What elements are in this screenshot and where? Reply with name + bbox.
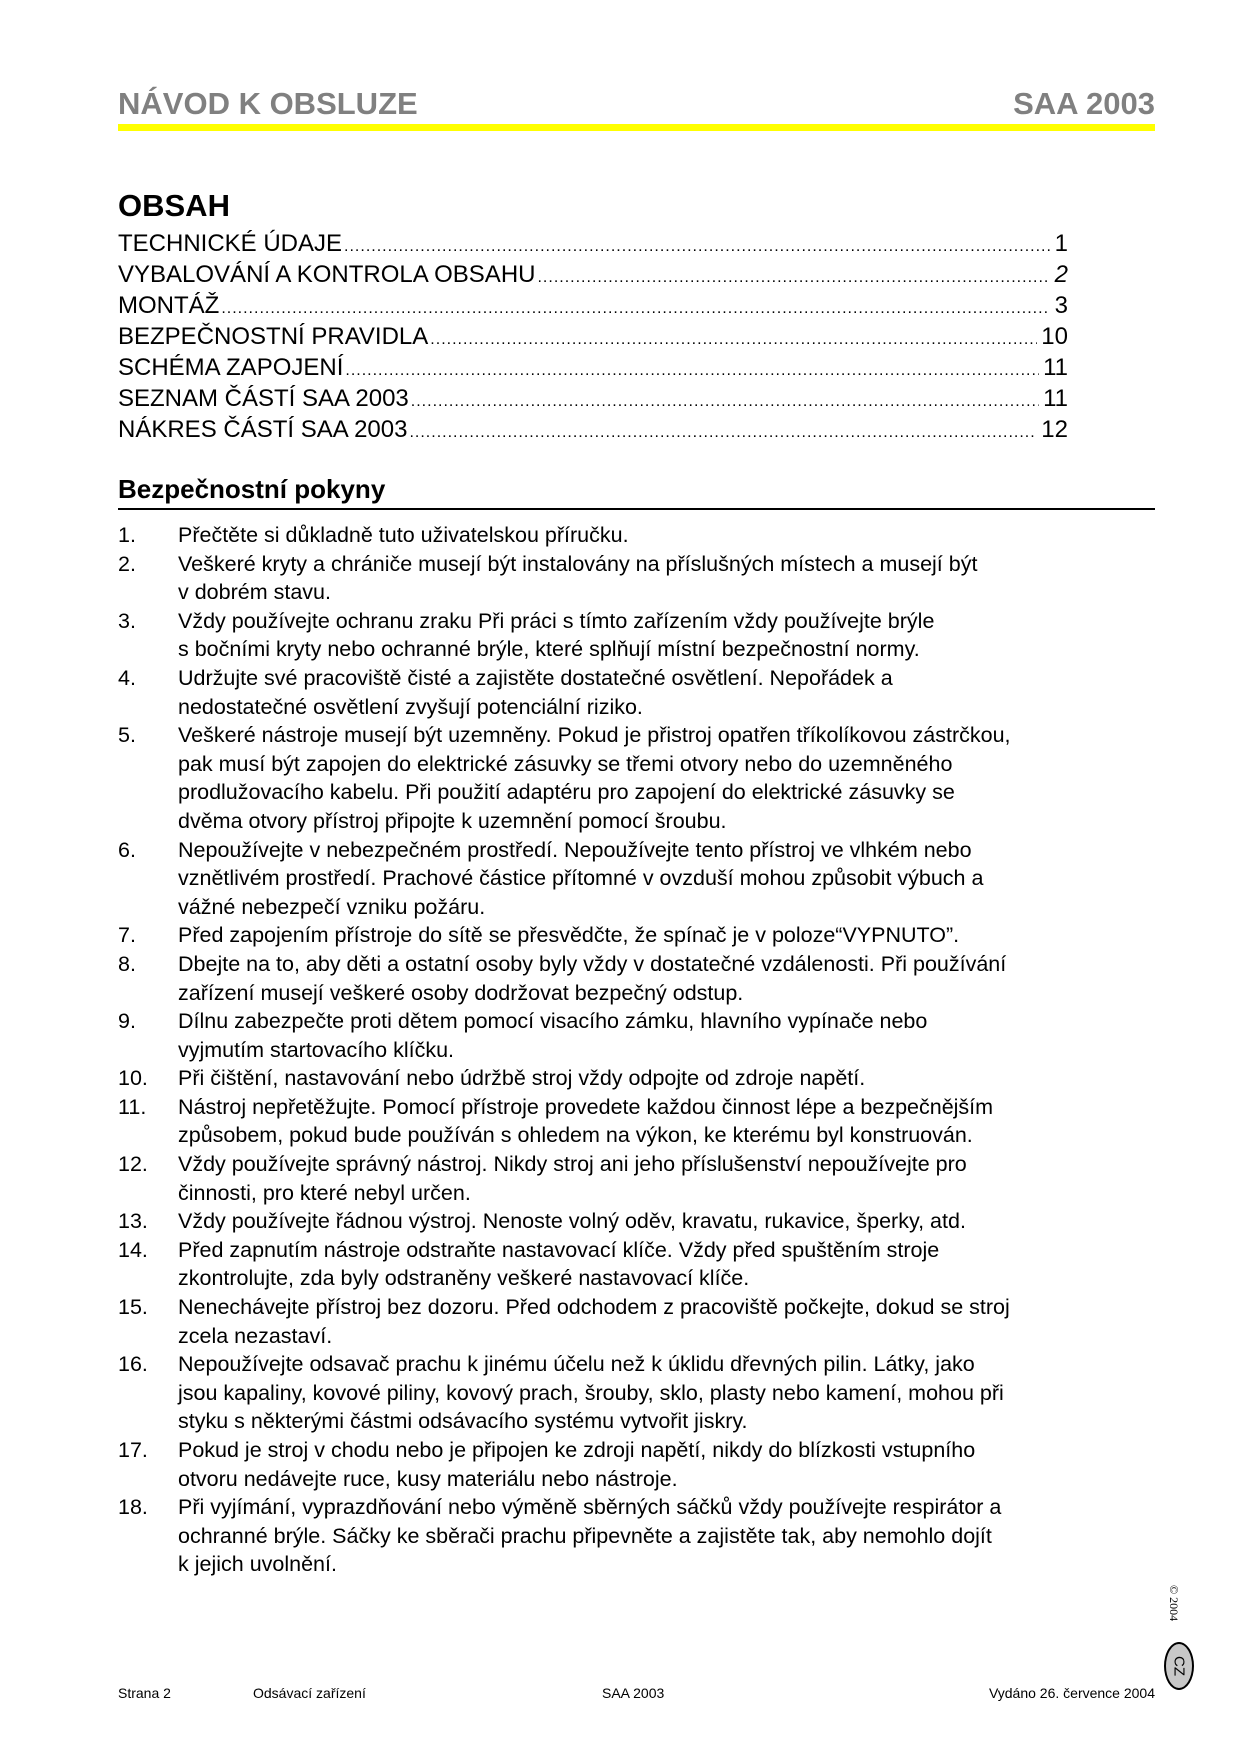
safety-rule-number: 12. (118, 1150, 178, 1207)
safety-rule-item: 14.Před zapnutím nástroje odstraňte nast… (118, 1236, 1168, 1293)
safety-rule-item: 5.Veškeré nástroje musejí být uzemněny. … (118, 721, 1168, 835)
safety-rule-number: 4. (118, 664, 178, 721)
footer-issue-date: Vydáno 26. července 2004 (989, 1684, 1155, 1702)
toc-entry-label: SEZNAM ČÁSTÍ SAA 2003 (118, 383, 409, 414)
copyright-text: © 2004 (1166, 1585, 1181, 1621)
safety-rule-item: 3.Vždy používejte ochranu zraku Při prác… (118, 607, 1168, 664)
toc-entry[interactable]: TECHNICKÉ ÚDAJE 1 (118, 228, 1068, 259)
toc-entry-label: SCHÉMA ZAPOJENÍ (118, 352, 343, 383)
toc-entry[interactable]: SEZNAM ČÁSTÍ SAA 2003 11 (118, 383, 1068, 414)
safety-rule-text: Při čištění, nastavování nebo údržbě str… (178, 1064, 1168, 1093)
safety-rule-text: Udržujte své pracoviště čisté a zajistět… (178, 664, 1168, 721)
safety-rule-text: Před zapojením přístroje do sítě se přes… (178, 921, 1168, 950)
toc-leader-dots (344, 231, 1050, 262)
safety-rule-item: 2.Veškeré kryty a chrániče musejí být in… (118, 550, 1168, 607)
manual-title: NÁVOD K OBSLUZE (118, 84, 418, 124)
safety-rule-item: 6.Nepoužívejte v nebezpečném prostředí. … (118, 836, 1168, 922)
safety-rule-number: 11. (118, 1093, 178, 1150)
safety-rule-number: 18. (118, 1493, 178, 1579)
safety-section-heading: Bezpečnostní pokyny (118, 472, 385, 506)
safety-rule-item: 7.Před zapojením přístroje do sítě se př… (118, 921, 1168, 950)
section-divider (118, 508, 1155, 510)
toc-leader-dots (411, 386, 1039, 417)
safety-rule-text: Nástroj nepřetěžujte. Pomocí přístroje p… (178, 1093, 1168, 1150)
safety-rule-item: 15.Nenechávejte přístroj bez dozoru. Pře… (118, 1293, 1168, 1350)
safety-rule-text: Vždy používejte správný nástroj. Nikdy s… (178, 1150, 1168, 1207)
safety-rule-number: 3. (118, 607, 178, 664)
safety-rule-text: Veškeré kryty a chrániče musejí být inst… (178, 550, 1168, 607)
toc-entry[interactable]: VYBALOVÁNÍ A KONTROLA OBSAHU 2 (118, 259, 1068, 290)
safety-rule-text: Vždy používejte ochranu zraku Při práci … (178, 607, 1168, 664)
safety-rule-number: 13. (118, 1207, 178, 1236)
safety-rule-text: Veškeré nástroje musejí být uzemněny. Po… (178, 721, 1168, 835)
country-badge-label: CZ (1172, 1656, 1187, 1676)
safety-rule-number: 6. (118, 836, 178, 922)
safety-rule-number: 10. (118, 1064, 178, 1093)
toc-heading: OBSAH (118, 188, 230, 224)
safety-rule-text: Při vyjímání, vyprazdňování nebo výměně … (178, 1493, 1168, 1579)
safety-rules-list: 1.Přečtěte si důkladně tuto uživatelskou… (118, 521, 1168, 1579)
toc-entry[interactable]: SCHÉMA ZAPOJENÍ 11 (118, 352, 1068, 383)
safety-rule-number: 17. (118, 1436, 178, 1493)
footer-page-number: Strana 2 (118, 1684, 171, 1702)
toc-entry-label: MONTÁŽ (118, 290, 219, 321)
toc-entry-page: 11 (1043, 383, 1068, 414)
safety-rule-item: 9.Dílnu zabezpečte proti dětem pomocí vi… (118, 1007, 1168, 1064)
toc-entry-page: 10 (1041, 321, 1068, 352)
safety-rule-item: 11.Nástroj nepřetěžujte. Pomocí přístroj… (118, 1093, 1168, 1150)
toc-entry-page: 2 (1054, 259, 1068, 290)
footer-document-title: Odsávací zařízení (253, 1684, 366, 1702)
toc-entry[interactable]: BEZPEČNOSTNÍ PRAVIDLA 10 (118, 321, 1068, 352)
toc-entry[interactable]: NÁKRES ČÁSTÍ SAA 2003 12 (118, 414, 1068, 445)
toc-entry-label: TECHNICKÉ ÚDAJE (118, 228, 342, 259)
safety-rule-text: Nepoužívejte odsavač prachu k jinému úče… (178, 1350, 1168, 1436)
safety-rule-text: Nenechávejte přístroj bez dozoru. Před o… (178, 1293, 1168, 1350)
toc-entry-page: 12 (1041, 414, 1068, 445)
safety-rule-number: 7. (118, 921, 178, 950)
safety-rule-item: 17.Pokud je stroj v chodu nebo je připoj… (118, 1436, 1168, 1493)
safety-rule-text: Před zapnutím nástroje odstraňte nastavo… (178, 1236, 1168, 1293)
safety-rule-item: 12.Vždy používejte správný nástroj. Nikd… (118, 1150, 1168, 1207)
model-name: SAA 2003 (1013, 84, 1155, 124)
safety-rule-number: 15. (118, 1293, 178, 1350)
safety-rule-number: 9. (118, 1007, 178, 1064)
toc-leader-dots (221, 293, 1050, 324)
country-badge-icon: CZ (1164, 1642, 1194, 1690)
safety-rule-item: 16.Nepoužívejte odsavač prachu k jinému … (118, 1350, 1168, 1436)
header-accent-bar (118, 124, 1155, 131)
table-of-contents: TECHNICKÉ ÚDAJE 1 VYBALOVÁNÍ A KONTROLA … (118, 228, 1068, 445)
safety-rule-text: Vždy používejte řádnou výstroj. Nenoste … (178, 1207, 1168, 1236)
toc-entry-label: VYBALOVÁNÍ A KONTROLA OBSAHU (118, 259, 535, 290)
safety-rule-text: Pokud je stroj v chodu nebo je připojen … (178, 1436, 1168, 1493)
page-header: NÁVOD K OBSLUZE SAA 2003 (118, 84, 1155, 124)
safety-rule-item: 10.Při čištění, nastavování nebo údržbě … (118, 1064, 1168, 1093)
safety-rule-item: 13.Vždy používejte řádnou výstroj. Nenos… (118, 1207, 1168, 1236)
toc-entry-label: BEZPEČNOSTNÍ PRAVIDLA (118, 321, 428, 352)
footer-model: SAA 2003 (602, 1684, 664, 1702)
safety-rule-number: 16. (118, 1350, 178, 1436)
safety-rule-text: Přečtěte si důkladně tuto uživatelskou p… (178, 521, 1168, 550)
toc-entry[interactable]: MONTÁŽ 3 (118, 290, 1068, 321)
toc-leader-dots (345, 355, 1039, 386)
safety-rule-number: 2. (118, 550, 178, 607)
toc-leader-dots (430, 324, 1037, 355)
safety-rule-number: 5. (118, 721, 178, 835)
safety-rule-item: 4.Udržujte své pracoviště čisté a zajist… (118, 664, 1168, 721)
toc-entry-label: NÁKRES ČÁSTÍ SAA 2003 (118, 414, 407, 445)
safety-rule-number: 1. (118, 521, 178, 550)
copyright-notice: © 2004 (1167, 1585, 1207, 1635)
safety-rule-item: 8.Dbejte na to, aby děti a ostatní osoby… (118, 950, 1168, 1007)
toc-leader-dots (537, 262, 1050, 293)
safety-rule-text: Nepoužívejte v nebezpečném prostředí. Ne… (178, 836, 1168, 922)
safety-rule-number: 8. (118, 950, 178, 1007)
safety-rule-item: 1.Přečtěte si důkladně tuto uživatelskou… (118, 521, 1168, 550)
toc-entry-page: 3 (1054, 290, 1068, 321)
toc-entry-page: 1 (1054, 228, 1068, 259)
toc-entry-page: 11 (1043, 352, 1068, 383)
toc-leader-dots (409, 417, 1037, 448)
safety-rule-item: 18.Při vyjímání, vyprazdňování nebo výmě… (118, 1493, 1168, 1579)
safety-rule-number: 14. (118, 1236, 178, 1293)
safety-rule-text: Dílnu zabezpečte proti dětem pomocí visa… (178, 1007, 1168, 1064)
safety-rule-text: Dbejte na to, aby děti a ostatní osoby b… (178, 950, 1168, 1007)
